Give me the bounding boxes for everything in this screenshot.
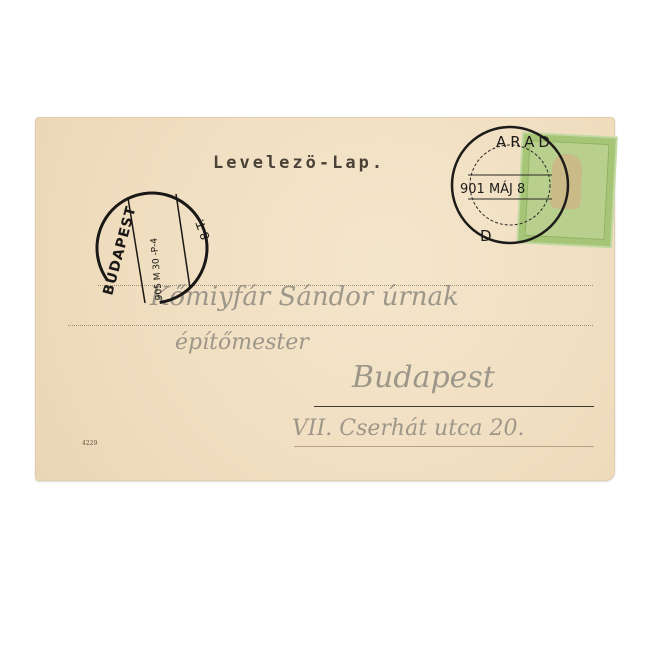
serial-number: 4229 — [82, 440, 97, 447]
address-line-2 — [68, 325, 593, 326]
address-line-4 — [294, 446, 594, 447]
budapest-postmark: BUDAPEST 905 M 30 -P-4 8 T. — [90, 188, 220, 318]
handwritten-title: építőmester — [175, 330, 309, 355]
handwritten-street: VII. Cserhát utca 20. — [292, 416, 524, 441]
address-line-3 — [314, 406, 594, 407]
budapest-postmark-marker: 8 T. — [192, 217, 212, 242]
handwritten-city: Budapest — [352, 360, 495, 395]
budapest-postmark-date: 905 M 30 -P-4 — [150, 237, 165, 300]
arad-postmark-city: ARAD — [496, 133, 554, 151]
svg-text:D: D — [480, 227, 492, 245]
arad-postmark-date: 901 MÁJ 8 — [460, 181, 525, 197]
postcard-title: Levelezö-Lap. — [213, 153, 385, 173]
arad-postmark: ARAD 901 MÁJ 8 D — [448, 123, 578, 253]
